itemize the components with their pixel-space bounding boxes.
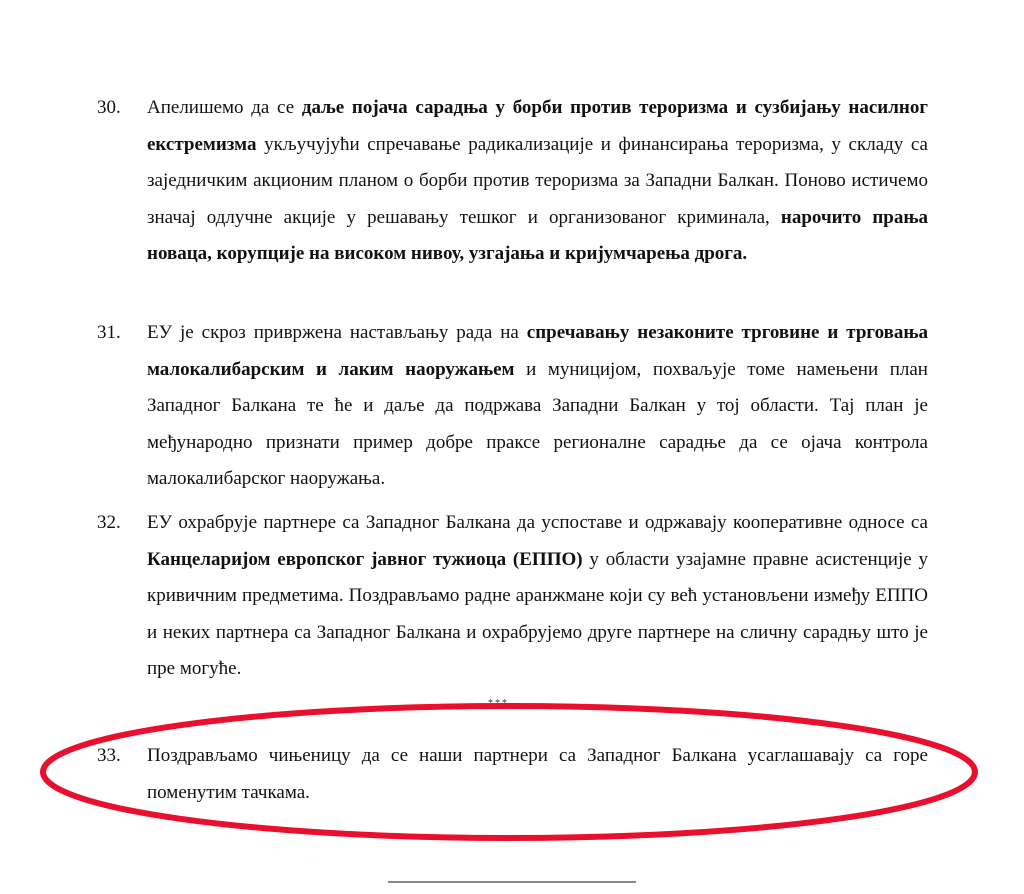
footnote-divider — [388, 881, 636, 883]
paragraph-30: 30. Апелишемо да се даље појача сарадња … — [97, 90, 928, 273]
paragraph-number: 31. — [97, 315, 121, 352]
paragraph-text: Апелишемо да се даље појача сарадња у бо… — [147, 90, 928, 273]
paragraph-number: 30. — [97, 90, 121, 127]
paragraph-number: 33. — [97, 738, 121, 775]
text-run: ЕУ охрабрује партнере са Западног Балкан… — [147, 512, 928, 533]
paragraph-31: 31. ЕУ је скроз привржена настављању рад… — [97, 315, 928, 498]
paragraph-text: ЕУ је скроз привржена настављању рада на… — [147, 315, 928, 498]
text-run: ЕУ је скроз привржена настављању рада на — [147, 322, 527, 343]
paragraph-32: 32. ЕУ охрабрује партнере са Западног Ба… — [97, 505, 928, 688]
paragraph-text: ЕУ охрабрује партнере са Западног Балкан… — [147, 505, 928, 688]
bold-text-run: Канцеларијом европског јавног тужиоца (Е… — [147, 549, 583, 570]
paragraph-text: Поздрављамо чињеницу да се наши партнери… — [147, 738, 928, 811]
text-run: Апелишемо да се — [147, 97, 302, 118]
text-run: Поздрављамо чињеницу да се наши партнери… — [147, 745, 928, 803]
paragraph-33: 33. Поздрављамо чињеницу да се наши парт… — [97, 738, 928, 811]
section-separator: *** — [488, 699, 509, 709]
paragraph-number: 32. — [97, 505, 121, 542]
